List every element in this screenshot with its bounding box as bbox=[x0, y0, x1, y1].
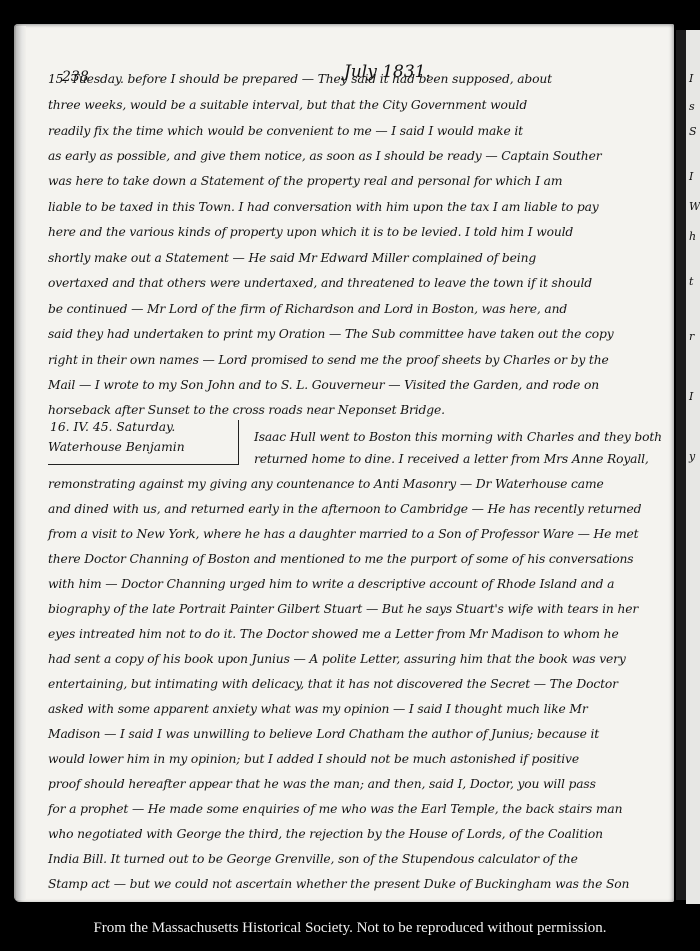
text-line: asked with some apparent anxiety what wa… bbox=[48, 702, 588, 716]
text-line: here and the various kinds of property u… bbox=[48, 225, 573, 239]
text-line: entertaining, but intimating with delica… bbox=[48, 677, 618, 691]
text-line: liable to be taxed in this Town. I had c… bbox=[48, 200, 599, 214]
text-line: Madison — I said I was unwilling to beli… bbox=[48, 727, 599, 741]
next-page-edge: I s S I W h t r I y bbox=[686, 30, 700, 904]
text-line: with him — Doctor Channing urged him to … bbox=[48, 577, 614, 591]
text-line: biography of the late Portrait Painter G… bbox=[48, 602, 638, 616]
text-line: was here to take down a Statement of the… bbox=[48, 174, 562, 188]
text-line: proof should hereafter appear that he wa… bbox=[48, 777, 596, 791]
text-line: as early as possible, and give them noti… bbox=[48, 149, 601, 163]
text-line: who negotiated with George the third, th… bbox=[48, 827, 603, 841]
text-line: readily fix the time which would be conv… bbox=[48, 124, 523, 138]
text-line: remonstrating against my giving any coun… bbox=[48, 477, 604, 491]
text-line: 15. Tuesday. before I should be prepared… bbox=[48, 72, 552, 86]
text-line: three weeks, would be a suitable interva… bbox=[48, 98, 527, 112]
text-line: overtaxed and that others were undertaxe… bbox=[48, 276, 592, 290]
text-line: said they had undertaken to print my Ora… bbox=[48, 327, 614, 341]
text-line: there Doctor Channing of Boston and ment… bbox=[48, 552, 633, 566]
entry-date: 16. IV. 45. Saturday. bbox=[50, 420, 175, 434]
text-line: horseback after Sunset to the cross road… bbox=[48, 403, 445, 417]
margin-name: Waterhouse Benjamin bbox=[48, 440, 185, 454]
text-line: and dined with us, and returned early in… bbox=[48, 502, 641, 516]
text-line: India Bill. It turned out to be George G… bbox=[48, 852, 578, 866]
text-line: right in their own names — Lord promised… bbox=[48, 353, 609, 367]
copyright-footer: From the Massachusetts Historical Societ… bbox=[0, 920, 700, 937]
text-line: Isaac Hull went to Boston this morning w… bbox=[254, 430, 662, 444]
text-line: Stamp act — but we could not ascertain w… bbox=[48, 877, 629, 891]
margin-note: 16. IV. 45. Saturday. Waterhouse Benjami… bbox=[48, 420, 239, 465]
book-gutter bbox=[676, 30, 686, 900]
text-line: had sent a copy of his book upon Junius … bbox=[48, 652, 626, 666]
text-line: from a visit to New York, where he has a… bbox=[48, 527, 638, 541]
text-line: Mail — I wrote to my Son John and to S. … bbox=[48, 378, 599, 392]
manuscript-page: 238 July 1831. 15. Tuesday. before I sho… bbox=[14, 24, 674, 902]
text-line: be continued — Mr Lord of the firm of Ri… bbox=[48, 302, 567, 316]
text-line: shortly make out a Statement — He said M… bbox=[48, 251, 536, 265]
text-line: would lower him in my opinion; but I add… bbox=[48, 752, 579, 766]
text-line: returned home to dine. I received a lett… bbox=[254, 452, 649, 466]
text-line: eyes intreated him not to do it. The Doc… bbox=[48, 627, 619, 641]
text-line: for a prophet — He made some enquiries o… bbox=[48, 802, 622, 816]
